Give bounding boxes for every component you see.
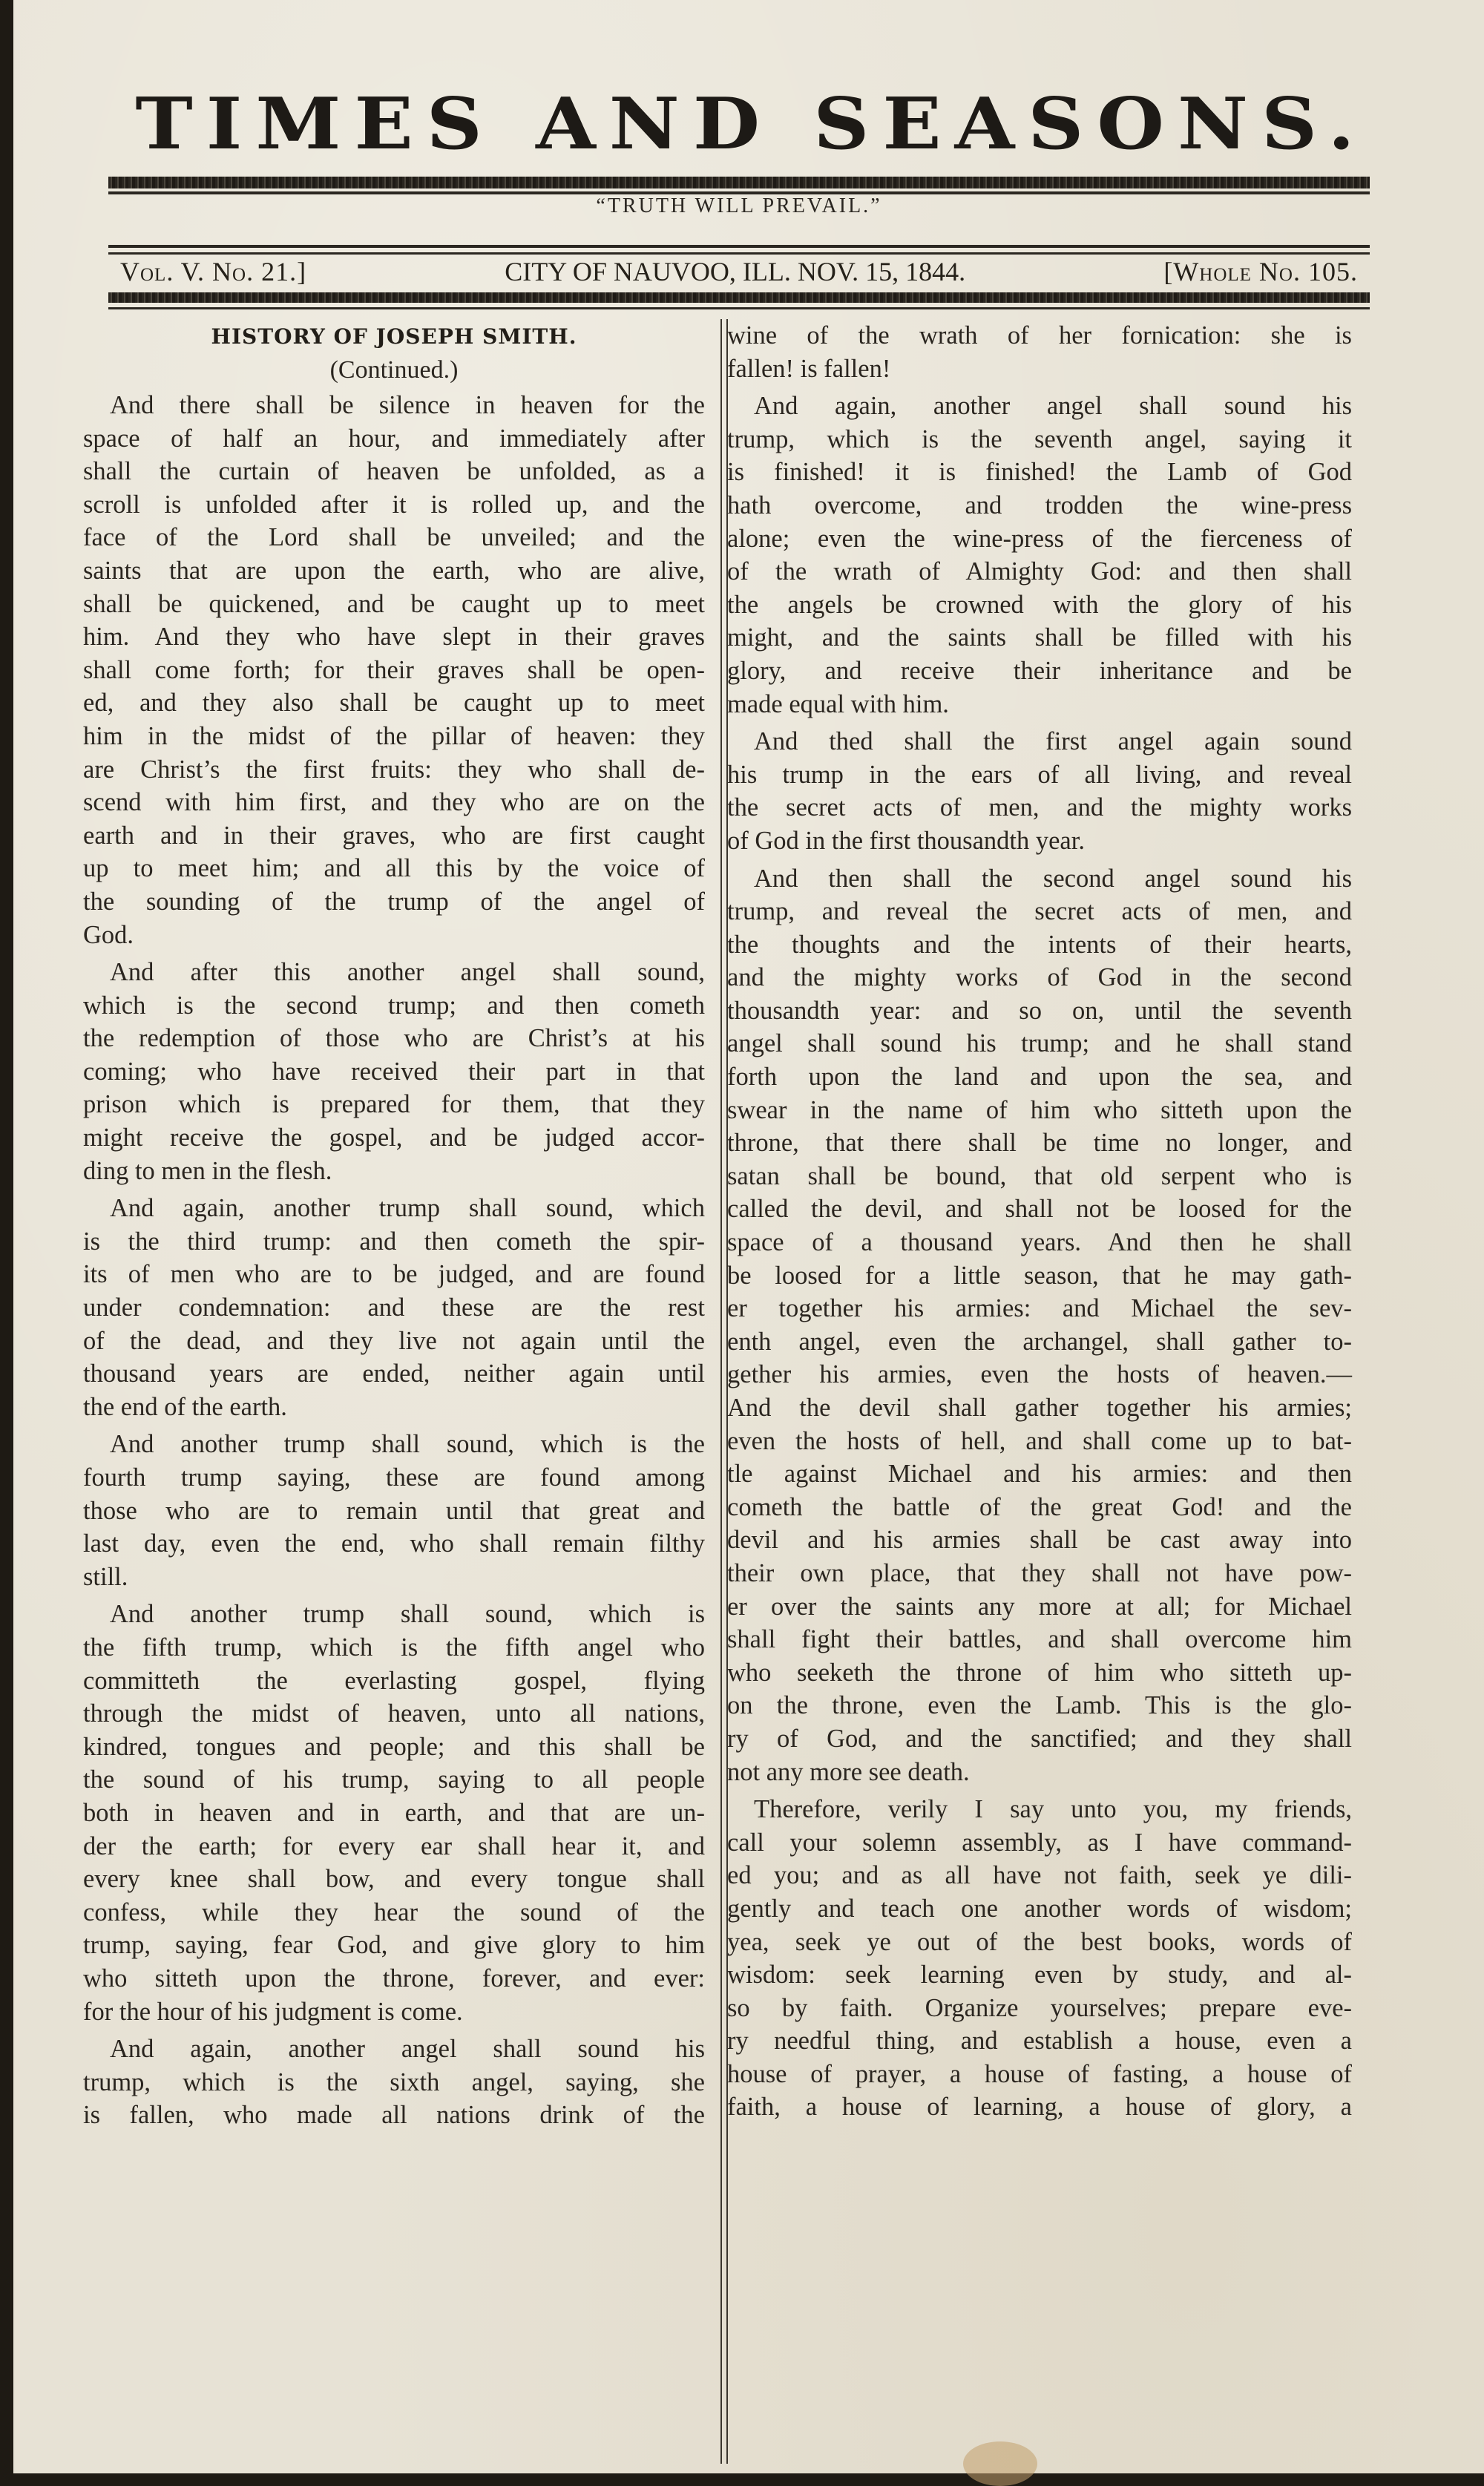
left-column: HISTORY OF JOSEPH SMITH. (Continued.) An… xyxy=(83,319,705,2136)
text-line: ed, and they also shall be caught up to … xyxy=(83,686,705,720)
text-line: of God in the first thousandth year. xyxy=(727,824,1352,858)
text-line: face of the Lord shall be unveiled; and … xyxy=(83,521,705,554)
text-line: are Christ’s the first fruits: they who … xyxy=(83,753,705,787)
text-line: der the earth; for every ear shall hear … xyxy=(83,1830,705,1863)
paragraph: And another trump shall sound, which ist… xyxy=(83,1598,705,2028)
text-line: And again, another angel shall sound his xyxy=(727,390,1352,423)
volume-number: Vol. V. No. 21.] xyxy=(120,256,306,287)
text-line: call your solemn assembly, as I have com… xyxy=(727,1826,1352,1860)
right-column: wine of the wrath of her fornication: sh… xyxy=(727,319,1352,2128)
paragraph: And there shall be silence in heaven for… xyxy=(83,389,705,951)
text-line: faith, a house of learning, a house of g… xyxy=(727,2090,1352,2124)
article-subtitle: (Continued.) xyxy=(83,353,705,387)
text-line: still. xyxy=(83,1561,705,1594)
text-line: be loosed for a little season, that he m… xyxy=(727,1259,1352,1293)
masthead-title: TIMES AND SEASONS. xyxy=(121,86,1382,161)
text-line: the sound of his trump, saying to all pe… xyxy=(83,1763,705,1797)
text-line: saints that are upon the earth, who are … xyxy=(83,554,705,588)
text-line: enth angel, even the archangel, shall ga… xyxy=(727,1325,1352,1359)
text-line: devil and his armies shall be cast away … xyxy=(727,1524,1352,1557)
text-line: Therefore, verily I say unto you, my fri… xyxy=(727,1793,1352,1826)
text-line: its of men who are to be judged, and are… xyxy=(83,1258,705,1291)
paragraph: And again, another angel shall sound his… xyxy=(83,2033,705,2132)
text-line: might, and the saints shall be filled wi… xyxy=(727,621,1352,655)
text-line: tle against Michael and his armies: and … xyxy=(727,1457,1352,1491)
text-line: space of half an hour, and immediately a… xyxy=(83,422,705,456)
text-line: er over the saints any more at all; for … xyxy=(727,1590,1352,1624)
text-line: him in the midst of the pillar of heaven… xyxy=(83,720,705,753)
paper-stain xyxy=(963,2441,1037,2473)
text-line: throne, that there shall be time no long… xyxy=(727,1126,1352,1160)
text-line: gether his armies, even the hosts of hea… xyxy=(727,1358,1352,1391)
text-line: shall fight their battles, and shall ove… xyxy=(727,1623,1352,1656)
text-line: cometh the battle of the great God! and … xyxy=(727,1491,1352,1524)
text-line: ed you; and as all have not faith, seek … xyxy=(727,1859,1352,1892)
text-line: might receive the gospel, and be judged … xyxy=(83,1121,705,1155)
paragraph: wine of the wrath of her fornication: sh… xyxy=(727,319,1352,385)
text-line: swear in the name of him who sitteth upo… xyxy=(727,1094,1352,1127)
text-line: yea, seek ye out of the best books, word… xyxy=(727,1926,1352,1959)
newspaper-page: TIMES AND SEASONS. “TRUTH WILL PREVAIL.”… xyxy=(13,0,1484,2473)
text-line: who sitteth upon the throne, forever, an… xyxy=(83,1962,705,1995)
text-line: coming; who have received their part in … xyxy=(83,1055,705,1089)
text-line: the angels be crowned with the glory of … xyxy=(727,588,1352,622)
text-line: And another trump shall sound, which is xyxy=(83,1598,705,1631)
text-line: the secret acts of men, and the mighty w… xyxy=(727,791,1352,824)
text-line: committeth the everlasting gospel, flyin… xyxy=(83,1665,705,1698)
text-line: satan shall be bound, that old serpent w… xyxy=(727,1160,1352,1193)
issue-line: Vol. V. No. 21.] CITY OF NAUVOO, ILL. NO… xyxy=(108,255,1370,289)
place-and-date: CITY OF NAUVOO, ILL. NOV. 15, 1844. xyxy=(505,256,965,287)
text-line: wine of the wrath of her fornication: sh… xyxy=(727,319,1352,352)
text-line: space of a thousand years. And then he s… xyxy=(727,1226,1352,1259)
text-line: ding to men in the flesh. xyxy=(83,1155,705,1188)
text-line: And again, another trump shall sound, wh… xyxy=(83,1192,705,1225)
text-line: those who are to remain until that great… xyxy=(83,1495,705,1528)
text-line: the fifth trump, which is the fifth ange… xyxy=(83,1631,705,1665)
text-line: shall be quickened, and be caught up to … xyxy=(83,588,705,621)
text-line: trump, and reveal the secret acts of men… xyxy=(727,895,1352,928)
paragraph: And thed shall the first angel again sou… xyxy=(727,725,1352,857)
paragraph: And again, another angel shall sound his… xyxy=(727,390,1352,721)
text-line: his trump in the ears of all living, and… xyxy=(727,758,1352,792)
masthead-motto: “TRUTH WILL PREVAIL.” xyxy=(108,194,1370,218)
text-line: even the hosts of hell, and shall come u… xyxy=(727,1425,1352,1458)
text-line: shall come forth; for their graves shall… xyxy=(83,654,705,687)
text-line: every knee shall bow, and every tongue s… xyxy=(83,1863,705,1896)
text-line: confess, while they hear the sound of th… xyxy=(83,1896,705,1929)
text-line: the sounding of the trump of the angel o… xyxy=(83,885,705,919)
text-line: is finished! it is finished! the Lamb of… xyxy=(727,456,1352,489)
text-line: the end of the earth. xyxy=(83,1391,705,1424)
paragraph: And again, another trump shall sound, wh… xyxy=(83,1192,705,1423)
text-line: gently and teach one another words of wi… xyxy=(727,1892,1352,1926)
text-line: and the mighty works of God in the secon… xyxy=(727,961,1352,994)
text-line: is fallen, who made all nations drink of… xyxy=(83,2099,705,2132)
text-line: thousand years are ended, neither again … xyxy=(83,1357,705,1391)
text-line: so by faith. Organize yourselves; prepar… xyxy=(727,1992,1352,2025)
text-line: And again, another angel shall sound his xyxy=(83,2033,705,2066)
text-line: And thed shall the first angel again sou… xyxy=(727,725,1352,758)
paragraph: And after this another angel shall sound… xyxy=(83,956,705,1187)
text-line: And after this another angel shall sound… xyxy=(83,956,705,989)
issue-rule-bottom xyxy=(108,307,1370,309)
text-line: And another trump shall sound, which is … xyxy=(83,1428,705,1461)
text-line: And there shall be silence in heaven for… xyxy=(83,389,705,422)
text-line: last day, even the end, who shall remain… xyxy=(83,1527,705,1561)
text-line: the redemption of those who are Christ’s… xyxy=(83,1022,705,1055)
paragraph: And then shall the second angel sound hi… xyxy=(727,862,1352,1789)
text-line: scroll is unfolded after it is rolled up… xyxy=(83,488,705,522)
text-line: for the hour of his judgment is come. xyxy=(83,1995,705,2029)
text-line: prison which is prepared for them, that … xyxy=(83,1088,705,1121)
text-line: trump, which is the sixth angel, saying,… xyxy=(83,2066,705,2099)
text-line: angel shall sound his trump; and he shal… xyxy=(727,1027,1352,1060)
left-column-text: And there shall be silence in heaven for… xyxy=(83,389,705,2132)
text-line: shall the curtain of heaven be unfolded,… xyxy=(83,455,705,488)
text-line: their own place, that they shall not hav… xyxy=(727,1557,1352,1590)
text-line: the thoughts and the intents of their he… xyxy=(727,928,1352,962)
text-line: hath overcome, and trodden the wine-pres… xyxy=(727,489,1352,522)
right-column-text: wine of the wrath of her fornication: sh… xyxy=(727,319,1352,2124)
text-line: thousandth year: and so on, until the se… xyxy=(727,994,1352,1028)
text-line: is the third trump: and then cometh the … xyxy=(83,1225,705,1259)
issue-rule-thick xyxy=(108,292,1370,303)
text-line: both in heaven and in earth, and that ar… xyxy=(83,1797,705,1830)
text-line: trump, which is the seventh angel, sayin… xyxy=(727,423,1352,456)
text-line: And the devil shall gather together his … xyxy=(727,1391,1352,1425)
issue-rule-top-1 xyxy=(108,245,1370,248)
text-line: glory, and receive their inheritance and… xyxy=(727,655,1352,688)
text-line: called the devil, and shall not be loose… xyxy=(727,1193,1352,1226)
text-line: fallen! is fallen! xyxy=(727,352,1352,386)
text-line: made equal with him. xyxy=(727,688,1352,721)
text-line: up to meet him; and all this by the voic… xyxy=(83,852,705,885)
text-line: not any more see death. xyxy=(727,1756,1352,1789)
text-line: And then shall the second angel sound hi… xyxy=(727,862,1352,896)
text-line: God. xyxy=(83,919,705,952)
text-line: of the wrath of Almighty God: and then s… xyxy=(727,555,1352,588)
text-line: under condemnation: and these are the re… xyxy=(83,1291,705,1325)
text-line: wisdom: seek learning even by study, and… xyxy=(727,1958,1352,1992)
text-line: trump, saying, fear God, and give glory … xyxy=(83,1929,705,1962)
text-line: fourth trump saying, these are found amo… xyxy=(83,1461,705,1495)
text-line: alone; even the wine-press of the fierce… xyxy=(727,522,1352,556)
text-line: ry needful thing, and establish a house,… xyxy=(727,2024,1352,2058)
text-line: on the throne, even the Lamb. This is th… xyxy=(727,1689,1352,1722)
text-line: kindred, tongues and people; and this sh… xyxy=(83,1731,705,1764)
text-line: ry of God, and the sanctified; and they … xyxy=(727,1722,1352,1756)
article-title: HISTORY OF JOSEPH SMITH. xyxy=(83,321,705,353)
masthead-rule-thick xyxy=(108,177,1370,188)
text-line: which is the second trump; and then come… xyxy=(83,989,705,1023)
text-line: of the dead, and they live not again unt… xyxy=(83,1325,705,1358)
text-line: him. And they who have slept in their gr… xyxy=(83,620,705,654)
text-line: earth and in their graves, who are first… xyxy=(83,819,705,853)
text-line: forth upon the land and upon the sea, an… xyxy=(727,1060,1352,1094)
whole-number: [Whole No. 105. xyxy=(1163,256,1358,287)
text-line: scend with him first, and they who are o… xyxy=(83,786,705,819)
text-line: who seeketh the throne of him who sittet… xyxy=(727,1656,1352,1690)
text-line: er together his armies: and Michael the … xyxy=(727,1292,1352,1325)
paragraph: And another trump shall sound, which is … xyxy=(83,1428,705,1593)
text-line: through the midst of heaven, unto all na… xyxy=(83,1697,705,1731)
paragraph: Therefore, verily I say unto you, my fri… xyxy=(727,1793,1352,2124)
text-line: house of prayer, a house of fasting, a h… xyxy=(727,2058,1352,2091)
